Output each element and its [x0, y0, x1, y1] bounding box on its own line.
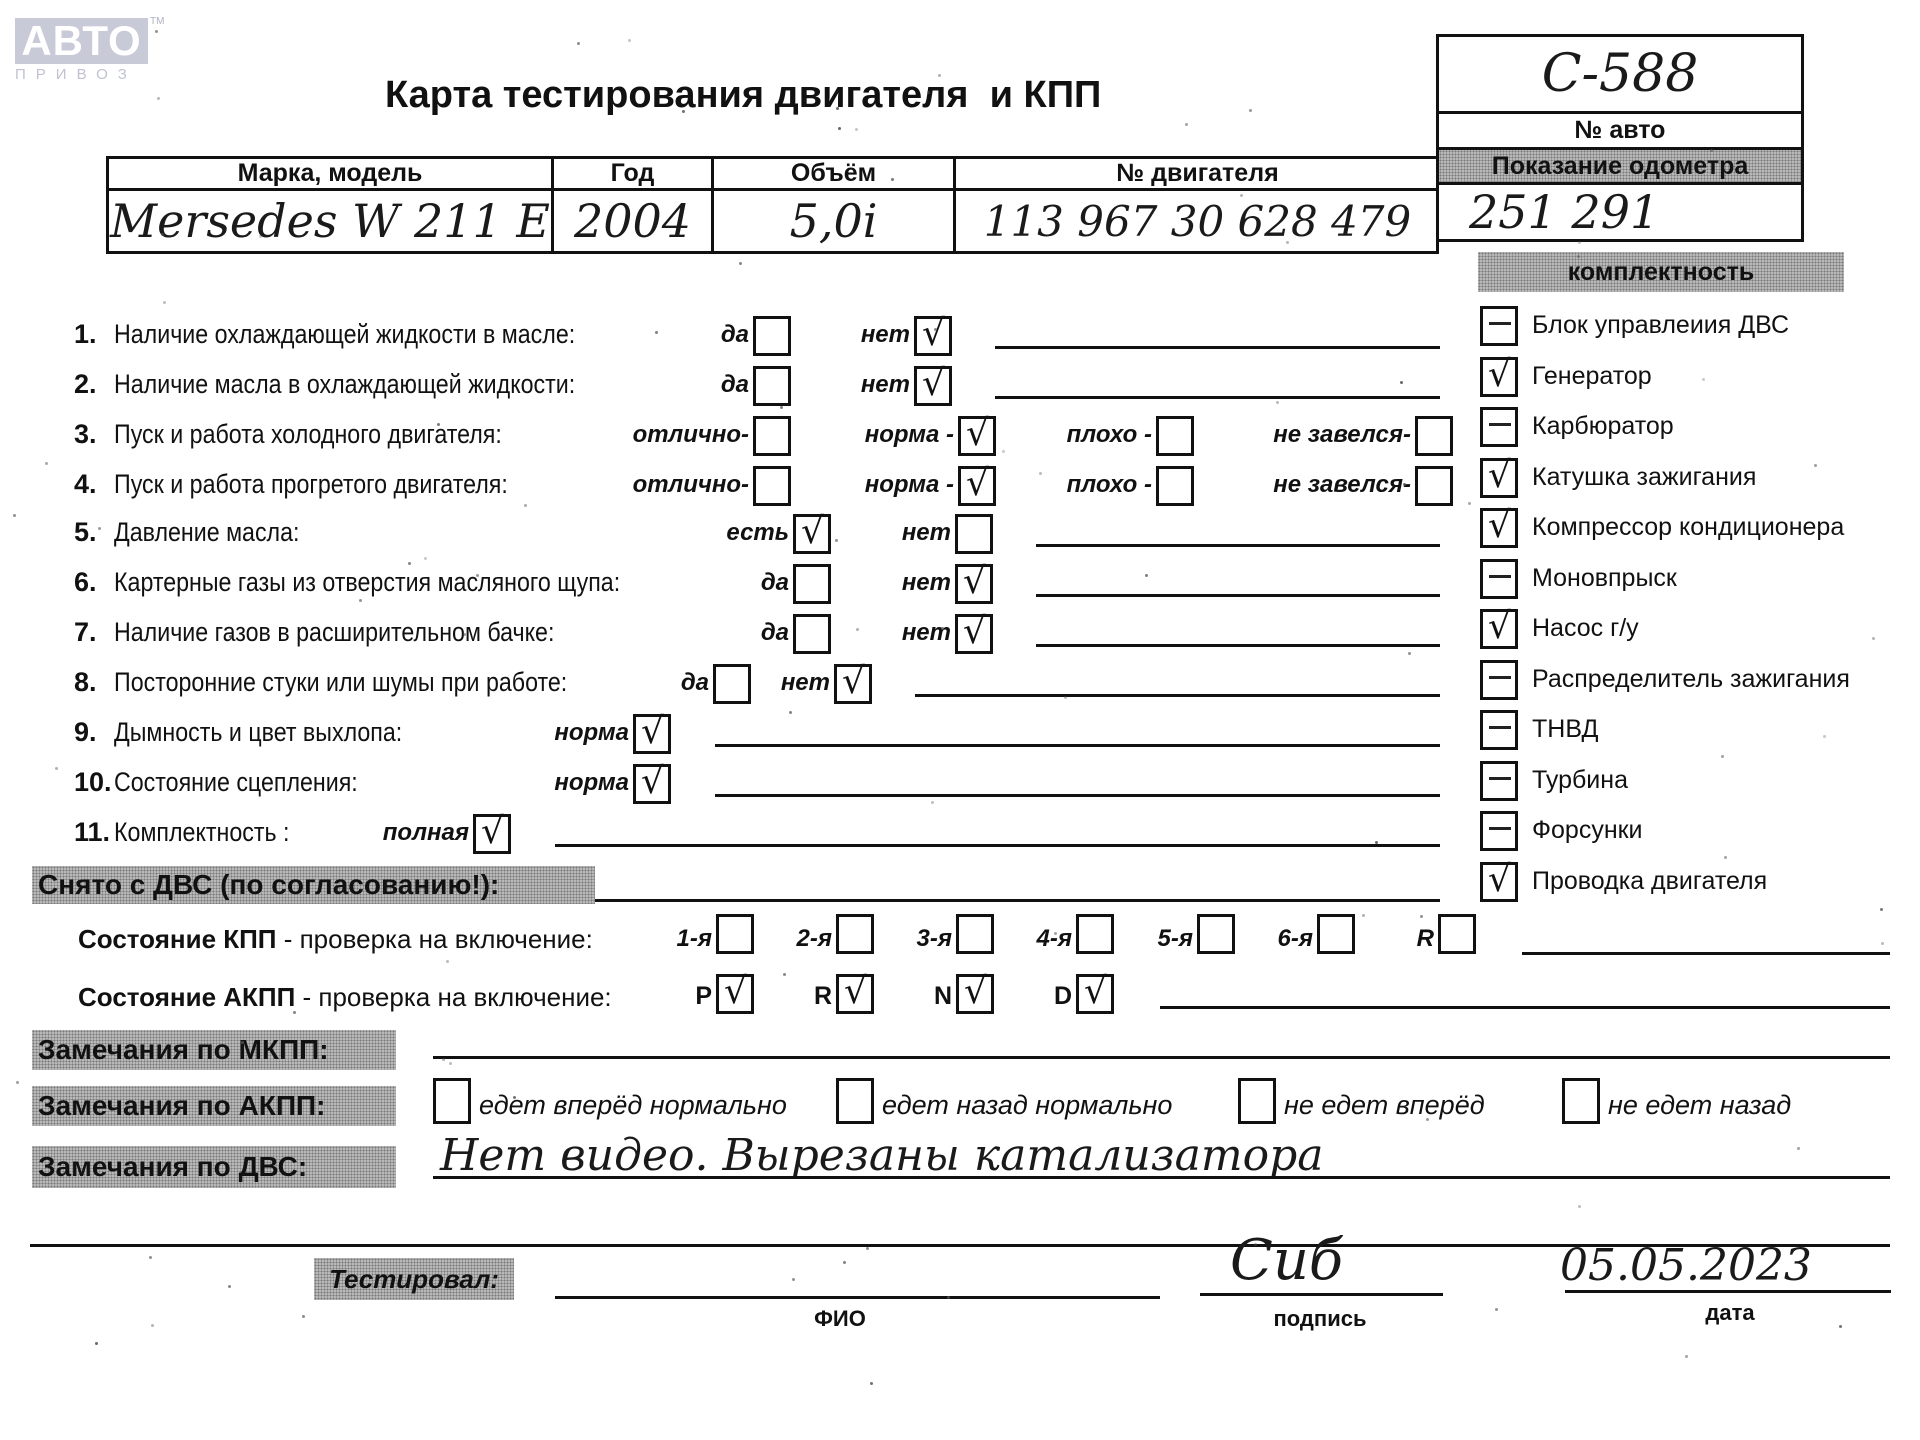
gear-label: R — [796, 982, 832, 1011]
row-number: 2. — [74, 369, 97, 400]
noise-speck — [513, 1096, 516, 1099]
noise-speck — [1839, 1325, 1842, 1328]
option-checkbox[interactable] — [473, 814, 511, 854]
completeness-header: комплектность — [1478, 252, 1844, 292]
noise-speck — [838, 127, 841, 130]
noise-speck — [293, 1011, 296, 1014]
noise-speck — [1724, 856, 1727, 859]
noise-speck — [229, 635, 232, 638]
comment-line[interactable] — [1036, 644, 1440, 647]
odometer-label: Показание одометра — [1439, 150, 1801, 185]
row-label: Дымность и цвет выхлопа: — [114, 717, 402, 748]
completeness-checkbox[interactable] — [1480, 811, 1518, 851]
noise-speck — [524, 504, 527, 507]
akpp-option-checkbox[interactable] — [433, 1078, 471, 1124]
year-value[interactable]: 2004 — [554, 191, 714, 251]
completeness-checkbox[interactable] — [1480, 660, 1518, 700]
odometer-value[interactable]: 251 291 — [1469, 185, 1659, 239]
gear-label: N — [916, 982, 952, 1011]
gear-label: 1-я — [636, 925, 712, 953]
volume-value[interactable]: 5,0i — [714, 191, 956, 251]
gear-checkbox[interactable] — [1076, 914, 1114, 954]
comment-line[interactable] — [715, 744, 1440, 747]
noise-speck — [228, 1285, 231, 1288]
noise-speck — [1249, 109, 1252, 112]
manual-gearbox-line[interactable] — [1522, 952, 1890, 955]
noise-speck — [1375, 841, 1378, 844]
noise-speck — [1054, 932, 1057, 935]
akpp-option-checkbox[interactable] — [1238, 1078, 1276, 1124]
akpp-option-checkbox[interactable] — [1562, 1078, 1600, 1124]
noise-speck — [1823, 735, 1826, 738]
auto-gearbox-desc: - проверка на включение: — [295, 982, 611, 1012]
gear-checkbox[interactable] — [1076, 974, 1114, 1014]
completeness-checkbox[interactable] — [1480, 862, 1518, 902]
row-number: 4. — [74, 469, 97, 500]
removed-label: Снято с ДВС (по согласованию!): — [32, 866, 595, 904]
removed-line[interactable] — [595, 899, 1440, 902]
noise-speck — [157, 97, 160, 100]
option-label: отлично- — [553, 421, 749, 449]
completeness-label: Насос г/у — [1532, 614, 1639, 643]
gear-checkbox[interactable] — [716, 974, 754, 1014]
noise-speck — [302, 1315, 305, 1318]
engine-number-value[interactable]: 113 967 30 628 479 — [956, 191, 1439, 251]
row-label: Наличие охлаждающей жидкости в масле: — [114, 319, 575, 350]
gear-checkbox[interactable] — [1317, 914, 1355, 954]
completeness-label: Распределитель зажигания — [1532, 665, 1850, 694]
comment-line[interactable] — [715, 794, 1440, 797]
noise-speck — [408, 562, 411, 565]
completeness-label: Моновпрыск — [1532, 564, 1677, 593]
completeness-label: Катушка зажигания — [1532, 463, 1756, 492]
completeness-checkbox[interactable] — [1480, 609, 1518, 649]
tested-by-label: Тестировал: — [314, 1258, 514, 1300]
completeness-checkbox[interactable] — [1480, 407, 1518, 447]
noise-speck — [870, 1382, 873, 1385]
noise-speck — [628, 39, 631, 42]
date-line[interactable] — [1565, 1290, 1891, 1293]
noise-speck — [1408, 652, 1411, 655]
page-title: Карта тестирования двигателя и КПП — [385, 74, 1101, 117]
option-checkbox[interactable] — [1156, 466, 1194, 506]
noise-speck — [1685, 1355, 1688, 1358]
noise-speck — [655, 331, 658, 334]
option-label: нет — [755, 519, 951, 547]
completeness-checkbox[interactable] — [1480, 508, 1518, 548]
completeness-label: Форсунки — [1532, 816, 1643, 845]
auto-gearbox-line[interactable] — [1160, 1006, 1890, 1009]
noise-speck — [1403, 483, 1406, 486]
akpp-option-label: не едет назад — [1608, 1090, 1791, 1121]
noise-speck — [792, 1278, 795, 1281]
akpp-option-label: едет назад нормально — [882, 1090, 1172, 1121]
noise-speck — [1426, 1118, 1429, 1121]
noise-speck — [789, 711, 792, 714]
noise-speck — [13, 514, 16, 517]
noise-speck — [95, 1342, 98, 1345]
row-label: Картерные газы из отверстия масляного щу… — [114, 567, 620, 598]
vehicle-table: Марка, модель Год Объём № двигателя Mers… — [106, 156, 1439, 254]
noise-speck — [463, 633, 466, 636]
row-number: 5. — [74, 517, 97, 548]
header-year: Год — [554, 159, 714, 188]
signature-value[interactable]: Сиб — [1230, 1228, 1343, 1293]
noise-speck — [1578, 1205, 1581, 1208]
signature-line[interactable] — [1200, 1293, 1443, 1296]
noise-speck — [934, 328, 937, 331]
dvs-remarks-line[interactable] — [433, 1176, 1890, 1179]
option-checkbox[interactable] — [1415, 416, 1453, 456]
row-label: Наличие масла в охлаждающей жидкости: — [114, 369, 575, 400]
completeness-checkbox[interactable] — [1480, 710, 1518, 750]
noise-speck — [577, 42, 580, 45]
mkpp-remarks-label: Замечания по МКПП: — [32, 1030, 396, 1070]
noise-speck — [1400, 381, 1403, 384]
option-label: норма - — [758, 471, 954, 499]
gear-checkbox[interactable] — [1197, 914, 1235, 954]
row-number: 3. — [74, 419, 97, 450]
option-checkbox[interactable] — [914, 366, 952, 406]
comment-line[interactable] — [995, 396, 1440, 399]
manual-gearbox-desc: - проверка на включение: — [277, 924, 593, 954]
gear-label: D — [1036, 982, 1072, 1011]
noise-speck — [739, 262, 742, 265]
noise-speck — [1872, 637, 1875, 640]
header-engine-number: № двигателя — [956, 159, 1439, 188]
manual-gearbox-title: Состояние КПП — [78, 924, 277, 954]
noise-speck — [1578, 241, 1581, 244]
comment-line[interactable] — [915, 694, 1440, 697]
noise-speck — [836, 107, 839, 110]
comment-line[interactable] — [1036, 544, 1440, 547]
option-label: полная — [273, 819, 469, 847]
option-checkbox[interactable] — [914, 316, 952, 356]
noise-speck — [45, 462, 48, 465]
noise-speck — [1286, 241, 1289, 244]
row-label: Пуск и работа холодного двигателя: — [114, 419, 502, 450]
noise-speck — [1240, 194, 1243, 197]
noise-speck — [1679, 673, 1682, 676]
noise-speck — [866, 1247, 869, 1250]
noise-speck — [55, 767, 58, 770]
noise-speck — [1254, 1243, 1257, 1246]
completeness-checkbox[interactable] — [1480, 458, 1518, 498]
noise-speck — [941, 627, 944, 630]
fio-caption: ФИО — [780, 1306, 900, 1332]
gear-label: 3-я — [876, 925, 952, 953]
noise-speck — [835, 539, 838, 542]
option-checkbox[interactable] — [633, 714, 671, 754]
option-label: нет — [755, 569, 951, 597]
noise-speck — [1064, 696, 1067, 699]
option-label: нет — [714, 321, 910, 349]
noise-speck — [855, 128, 858, 131]
option-label: не завелся- — [1215, 421, 1411, 449]
option-label: нет — [634, 669, 830, 697]
noise-speck — [856, 628, 859, 631]
car-number-box: C-588 № авто Показание одометра 251 291 — [1436, 34, 1804, 242]
noise-speck — [1468, 502, 1471, 505]
noise-speck — [1814, 464, 1817, 467]
noise-speck — [207, 683, 210, 686]
gear-checkbox[interactable] — [836, 914, 874, 954]
noise-speck — [241, 1041, 244, 1044]
noise-speck — [163, 301, 166, 304]
gear-label: P — [676, 982, 712, 1011]
row-number: 1. — [74, 319, 97, 350]
car-number-value[interactable]: C-588 — [1439, 37, 1801, 114]
dvs-remarks-label: Замечания по ДВС: — [32, 1146, 396, 1188]
comment-line[interactable] — [555, 844, 1440, 847]
noise-speck — [682, 110, 685, 113]
noise-speck — [1002, 450, 1005, 453]
make-model-value[interactable]: Mersedes W 211 E — [109, 191, 554, 251]
completeness-checkbox[interactable] — [1480, 559, 1518, 599]
gear-label: 5-я — [1117, 925, 1193, 953]
noise-speck — [161, 233, 164, 236]
option-label: не завелся- — [1215, 471, 1411, 499]
completeness-label: Генератор — [1532, 362, 1652, 391]
noise-speck — [1362, 914, 1365, 917]
gear-label: 4-я — [996, 925, 1072, 953]
date-value[interactable]: 05.05.2023 — [1560, 1240, 1812, 1291]
manual-gearbox-label: Состояние КПП - проверка на включение: — [78, 924, 593, 955]
completeness-label: Турбина — [1532, 766, 1628, 795]
noise-speck — [259, 235, 262, 238]
row-number: 7. — [74, 617, 97, 648]
noise-speck — [424, 557, 427, 560]
gear-checkbox[interactable] — [1438, 914, 1476, 954]
noise-speck — [1880, 908, 1883, 911]
row-label: Пуск и работа прогретого двигателя: — [114, 469, 508, 500]
noise-speck — [1185, 123, 1188, 126]
noise-speck — [1702, 378, 1705, 381]
option-checkbox[interactable] — [1415, 466, 1453, 506]
noise-speck — [1420, 915, 1423, 918]
row-label: Комплектность : — [114, 817, 289, 848]
noise-speck — [1721, 755, 1724, 758]
option-label: нет — [714, 371, 910, 399]
noise-speck — [938, 74, 941, 77]
fio-line[interactable] — [555, 1296, 1160, 1299]
option-label: норма — [433, 769, 629, 797]
noise-speck — [449, 1062, 452, 1065]
mkpp-remarks-line[interactable] — [433, 1056, 1890, 1059]
gear-checkbox[interactable] — [836, 974, 874, 1014]
noise-speck — [1797, 1147, 1800, 1150]
row-number: 8. — [74, 667, 97, 698]
noise-speck — [149, 1256, 152, 1259]
option-checkbox[interactable] — [955, 514, 993, 554]
akpp-option-label: едет вперёд нормально — [479, 1090, 787, 1121]
logo-trademark: TM — [150, 16, 164, 27]
comment-line[interactable] — [995, 346, 1440, 349]
option-checkbox[interactable] — [1156, 416, 1194, 456]
option-checkbox[interactable] — [955, 614, 993, 654]
noise-speck — [947, 1296, 950, 1299]
dvs-remarks-value[interactable]: Нет видео. Вырезаны катализатора — [440, 1130, 1324, 1181]
option-checkbox[interactable] — [834, 664, 872, 704]
noise-speck — [891, 178, 894, 181]
noise-speck — [927, 91, 930, 94]
akpp-option-checkbox[interactable] — [836, 1078, 874, 1124]
logo: АВТО — [15, 18, 148, 64]
option-label: норма - — [758, 421, 954, 449]
row-number: 11. — [74, 817, 110, 848]
gear-label: 6-я — [1237, 925, 1313, 953]
noise-speck — [16, 1081, 19, 1084]
row-label: Состояние сцепления: — [114, 767, 358, 798]
completeness-label: Компрессор кондиционера — [1532, 513, 1844, 542]
completeness-checkbox[interactable] — [1480, 357, 1518, 397]
noise-speck — [780, 406, 783, 409]
noise-speck — [98, 527, 101, 530]
row-label: Наличие газов в расширительном бачке: — [114, 617, 554, 648]
noise-speck — [442, 1058, 445, 1061]
akpp-remarks-label: Замечания по АКПП: — [32, 1086, 396, 1126]
row-number: 6. — [74, 567, 97, 598]
header-volume: Объём — [714, 159, 956, 188]
option-label: плохо - — [956, 421, 1152, 449]
noise-speck — [359, 599, 362, 602]
auto-gearbox-label: Состояние АКПП - проверка на включение: — [78, 982, 612, 1013]
noise-speck — [1577, 255, 1580, 258]
noise-speck — [151, 1324, 154, 1327]
completeness-label: ТНВД — [1532, 715, 1598, 744]
car-number-label: № авто — [1439, 114, 1801, 150]
comment-line[interactable] — [1036, 594, 1440, 597]
auto-gearbox-title: Состояние АКПП — [78, 982, 295, 1012]
completeness-label: Карбюратор — [1532, 412, 1674, 441]
completeness-label: Проводка двигателя — [1532, 867, 1767, 896]
noise-speck — [931, 801, 934, 804]
date-caption: дата — [1680, 1300, 1780, 1326]
row-label: Давление масла: — [114, 517, 299, 548]
noise-speck — [155, 30, 158, 33]
row-label: Посторонние стуки или шумы при работе: — [114, 667, 567, 698]
header-make-model: Марка, модель — [109, 159, 554, 188]
gear-label: 2-я — [756, 925, 832, 953]
signature-caption: подпись — [1260, 1306, 1380, 1332]
noise-speck — [1710, 149, 1713, 152]
option-label: нет — [755, 619, 951, 647]
option-checkbox[interactable] — [955, 564, 993, 604]
noise-speck — [437, 423, 440, 426]
completeness-checkbox[interactable] — [1480, 306, 1518, 346]
noise-speck — [1145, 574, 1148, 577]
noise-speck — [1039, 472, 1042, 475]
noise-speck — [1881, 942, 1884, 945]
row-number: 9. — [74, 717, 97, 748]
option-label: норма — [433, 719, 629, 747]
completeness-label: Блок управлеиия ДВС — [1532, 311, 1789, 340]
option-label: плохо - — [956, 471, 1152, 499]
noise-speck — [446, 960, 449, 963]
logo-subtitle: ПРИВОЗ — [15, 66, 155, 83]
option-label: отлично- — [553, 471, 749, 499]
akpp-option-label: не едет вперёд — [1284, 1090, 1485, 1121]
noise-speck — [783, 973, 786, 976]
gear-checkbox[interactable] — [956, 914, 994, 954]
noise-speck — [1495, 1308, 1498, 1311]
option-checkbox[interactable] — [633, 764, 671, 804]
completeness-checkbox[interactable] — [1480, 761, 1518, 801]
noise-speck — [1276, 401, 1279, 404]
noise-speck — [476, 574, 479, 577]
row-number: 10. — [74, 767, 112, 798]
noise-speck — [843, 1261, 846, 1264]
gear-checkbox[interactable] — [716, 914, 754, 954]
gear-label: R — [1358, 925, 1434, 953]
gear-checkbox[interactable] — [956, 974, 994, 1014]
